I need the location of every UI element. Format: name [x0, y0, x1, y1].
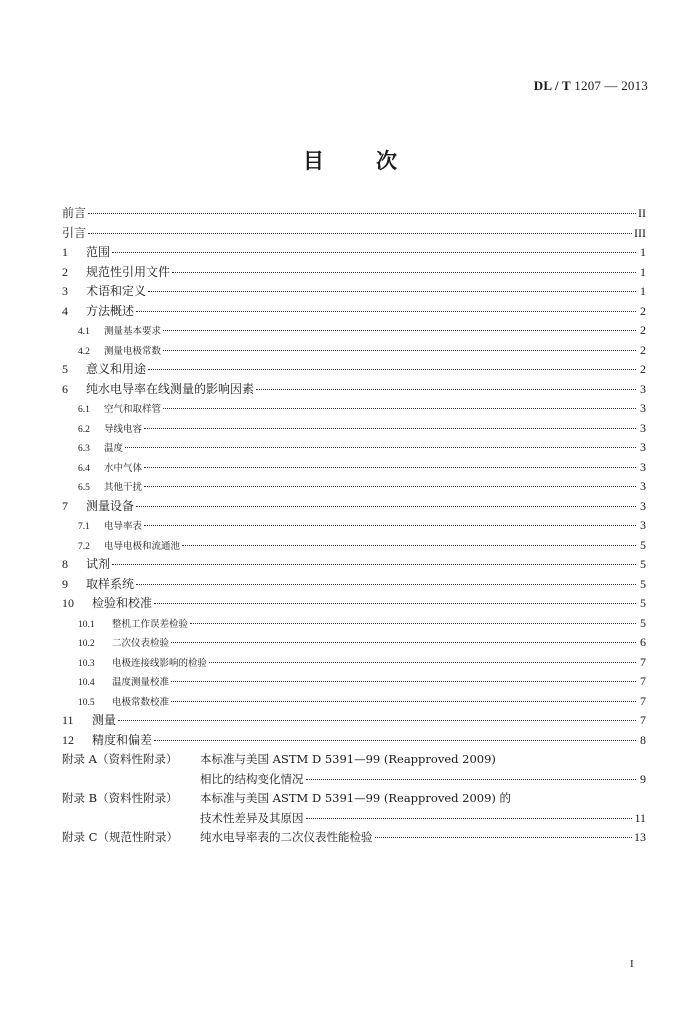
dot-leader	[171, 681, 636, 682]
toc-entry[interactable]: 2规范性引用文件1	[62, 263, 646, 283]
toc-label: 方法概述	[86, 302, 134, 322]
toc-page: 3	[638, 458, 646, 478]
dot-leader	[144, 467, 636, 468]
toc-page: 7	[638, 672, 646, 692]
toc-page: 3	[638, 477, 646, 497]
title-char-2: 次	[376, 145, 397, 175]
toc-number: 9	[62, 575, 86, 595]
toc-number: 4	[62, 302, 86, 322]
toc-entry[interactable]: 10.1整机工作误差检验5	[62, 614, 646, 634]
toc-entry[interactable]: 7测量设备3	[62, 497, 646, 517]
dot-leader	[172, 272, 636, 273]
toc-page: 2	[638, 321, 646, 341]
toc-page: II	[638, 204, 646, 224]
toc-entry[interactable]: 7.1电导率表3	[62, 516, 646, 536]
appendix-tag: 附录 A（资料性附录）	[62, 750, 200, 770]
appendix-a-line2[interactable]: 相比的结构变化情况9	[62, 770, 646, 790]
toc-page: 3	[638, 419, 646, 439]
toc-page: 2	[638, 360, 646, 380]
toc-label: 整机工作误差检验	[112, 615, 188, 635]
dot-leader	[148, 291, 636, 292]
toc-number: 6	[62, 380, 86, 400]
dot-leader	[306, 779, 637, 780]
toc-page: 1	[638, 243, 646, 263]
toc-label: 测量	[92, 711, 116, 731]
toc-label: 其他干扰	[104, 478, 142, 498]
dot-leader	[163, 408, 636, 409]
toc-entry[interactable]: 10.3电极连接线影响的检验7	[62, 653, 646, 673]
toc-number: 7	[62, 497, 86, 517]
toc-page: 2	[638, 341, 646, 361]
toc-page: 5	[638, 594, 646, 614]
toc-label: 规范性引用文件	[86, 263, 170, 283]
appendix-b-line1[interactable]: 附录 B（资料性附录）本标准与美国 ASTM D 5391—99 (Reappr…	[62, 789, 646, 809]
dot-leader	[209, 662, 636, 663]
toc-entry[interactable]: 6.3温度3	[62, 438, 646, 458]
toc-entry[interactable]: 6.1空气和取样管3	[62, 399, 646, 419]
toc-page: 7	[638, 711, 646, 731]
toc-label: 水中气体	[104, 459, 142, 479]
appendix-tag: 附录 C（规范性附录）	[62, 828, 200, 848]
dot-leader	[182, 545, 636, 546]
toc-number: 1	[62, 243, 86, 263]
toc-entry[interactable]: 4.1测量基本要求2	[62, 321, 646, 341]
toc-label: 测量电极常数	[104, 342, 161, 362]
toc-entry[interactable]: 10.4温度测量校准7	[62, 672, 646, 692]
appendix-c[interactable]: 附录 C（规范性附录）纯水电导率表的二次仪表性能检验13	[62, 828, 646, 848]
dot-leader	[144, 525, 636, 526]
toc-number: 2	[62, 263, 86, 283]
toc-entry[interactable]: 10检验和校准5	[62, 594, 646, 614]
toc-label: 检验和校准	[92, 594, 152, 614]
toc-number: 11	[62, 711, 92, 731]
table-of-contents: 前言II 引言III 1范围1 2规范性引用文件1 3术语和定义1 4方法概述2…	[62, 204, 646, 848]
toc-page: 8	[638, 731, 646, 751]
toc-page: 7	[638, 653, 646, 673]
appendix-b-line2[interactable]: 技术性差异及其原因11	[62, 809, 646, 829]
toc-page: 13	[634, 828, 646, 848]
dot-leader	[171, 642, 636, 643]
toc-entry[interactable]: 10.2二次仪表检验6	[62, 633, 646, 653]
toc-label: 测量基本要求	[104, 322, 161, 342]
appendix-title-cont: 相比的结构变化情况	[200, 770, 304, 790]
appendix-tag: 附录 B（资料性附录）	[62, 789, 200, 809]
dot-leader	[125, 447, 636, 448]
dot-leader	[154, 603, 636, 604]
toc-entry[interactable]: 8试剂5	[62, 555, 646, 575]
toc-entry[interactable]: 5意义和用途2	[62, 360, 646, 380]
toc-label: 空气和取样管	[104, 400, 161, 420]
toc-number: 10	[62, 594, 92, 614]
toc-entry[interactable]: 11测量7	[62, 711, 646, 731]
dot-leader	[112, 564, 636, 565]
toc-entry[interactable]: 4方法概述2	[62, 302, 646, 322]
dot-leader	[112, 252, 636, 253]
toc-page: 5	[638, 536, 646, 556]
dot-leader	[163, 330, 636, 331]
title-char-1: 目	[303, 145, 324, 175]
toc-page: 3	[638, 438, 646, 458]
toc-page: 1	[638, 282, 646, 302]
dot-leader	[88, 213, 636, 214]
toc-number: 12	[62, 731, 92, 751]
dot-leader	[306, 818, 633, 819]
toc-label: 试剂	[86, 555, 110, 575]
toc-label: 二次仪表检验	[112, 634, 169, 654]
toc-label: 精度和偏差	[92, 731, 152, 751]
toc-number: 5	[62, 360, 86, 380]
dot-leader	[190, 623, 636, 624]
toc-entry[interactable]: 12精度和偏差8	[62, 731, 646, 751]
toc-entry[interactable]: 6纯水电导率在线测量的影响因素3	[62, 380, 646, 400]
toc-page: 3	[638, 380, 646, 400]
toc-entry[interactable]: 10.5电极常数校准7	[62, 692, 646, 712]
standard-number: 1207 — 2013	[574, 78, 648, 93]
dot-leader	[375, 837, 633, 838]
dot-leader	[144, 486, 636, 487]
toc-label: 意义和用途	[86, 360, 146, 380]
toc-label: 电极连接线影响的检验	[112, 654, 207, 674]
dot-leader	[163, 350, 636, 351]
toc-page: 3	[638, 399, 646, 419]
appendix-title: 纯水电导率表的二次仪表性能检验	[200, 828, 373, 848]
page-number: I	[630, 958, 634, 970]
toc-label: 术语和定义	[86, 282, 146, 302]
toc-number: 3	[62, 282, 86, 302]
toc-entry[interactable]: 9取样系统5	[62, 575, 646, 595]
toc-page: 7	[638, 692, 646, 712]
toc-entry[interactable]: 6.4水中气体3	[62, 458, 646, 478]
appendix-title-cont: 技术性差异及其原因	[200, 809, 304, 829]
toc-label: 电导电极和流通池	[104, 537, 180, 557]
page-title: 目次	[0, 145, 700, 175]
dot-leader	[171, 701, 636, 702]
toc-entry[interactable]: 7.2电导电极和流通池5	[62, 536, 646, 556]
dot-leader	[136, 311, 636, 312]
toc-entry[interactable]: 6.5其他干扰3	[62, 477, 646, 497]
toc-label: 电极常数校准	[112, 693, 169, 713]
toc-page: III	[634, 224, 646, 244]
toc-page: 1	[638, 263, 646, 283]
standard-prefix: DL / T	[534, 78, 571, 93]
toc-page: 6	[638, 633, 646, 653]
toc-label: 纯水电导率在线测量的影响因素	[86, 380, 254, 400]
toc-number: 8	[62, 555, 86, 575]
toc-page: 5	[638, 614, 646, 634]
dot-leader	[136, 584, 636, 585]
toc-label: 范围	[86, 243, 110, 263]
toc-page: 9	[638, 770, 646, 790]
toc-label: 引言	[62, 224, 86, 244]
toc-label: 测量设备	[86, 497, 134, 517]
toc-entry[interactable]: 引言III	[62, 224, 646, 244]
toc-label: 温度	[104, 439, 123, 459]
appendix-a-line1[interactable]: 附录 A（资料性附录）本标准与美国 ASTM D 5391—99 (Reappr…	[62, 750, 646, 770]
dot-leader	[88, 233, 632, 234]
toc-page: 3	[638, 497, 646, 517]
appendix-title: 本标准与美国 ASTM D 5391—99 (Reapproved 2009)	[200, 750, 496, 770]
toc-label: 导线电容	[104, 420, 142, 440]
dot-leader	[256, 389, 636, 390]
dot-leader	[118, 720, 636, 721]
toc-page: 11	[634, 809, 646, 829]
toc-label: 温度测量校准	[112, 673, 169, 693]
toc-page: 2	[638, 302, 646, 322]
dot-leader	[136, 506, 636, 507]
toc-label: 取样系统	[86, 575, 134, 595]
toc-entry[interactable]: 4.2测量电极常数2	[62, 341, 646, 361]
toc-label: 电导率表	[104, 517, 142, 537]
toc-page: 5	[638, 575, 646, 595]
dot-leader	[144, 428, 636, 429]
standard-code: DL / T 1207 — 2013	[534, 78, 648, 94]
appendix-title: 本标准与美国 ASTM D 5391—99 (Reapproved 2009) …	[200, 789, 511, 809]
toc-page: 5	[638, 555, 646, 575]
toc-page: 3	[638, 516, 646, 536]
toc-entry[interactable]: 3术语和定义1	[62, 282, 646, 302]
toc-label: 前言	[62, 204, 86, 224]
toc-entry[interactable]: 前言II	[62, 204, 646, 224]
toc-entry[interactable]: 1范围1	[62, 243, 646, 263]
toc-entry[interactable]: 6.2导线电容3	[62, 419, 646, 439]
dot-leader	[154, 740, 636, 741]
dot-leader	[148, 369, 636, 370]
